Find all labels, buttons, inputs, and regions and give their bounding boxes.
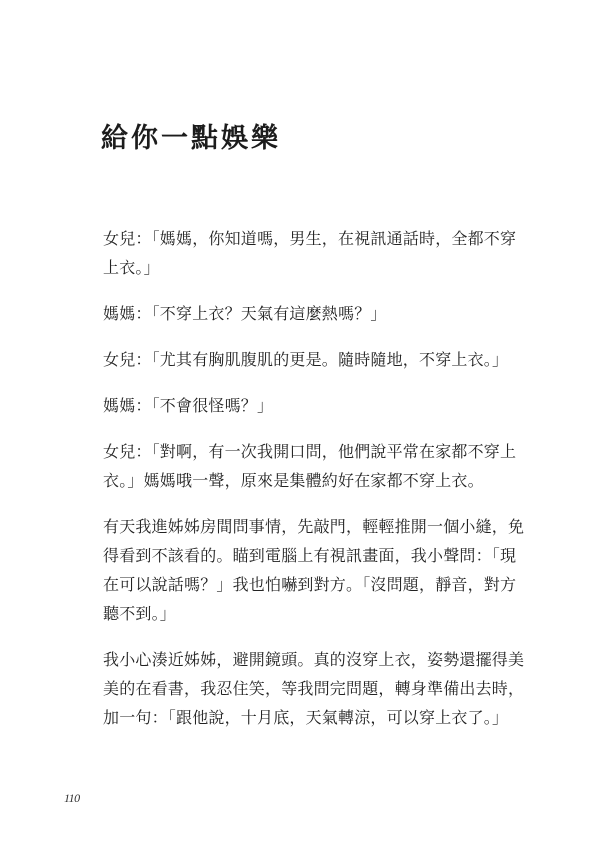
text-line: 女兒：「對啊，有一次我開口問，他們說平常在家都不穿上 <box>103 437 511 466</box>
text-line: 在可以說話嗎？」我也怕嚇到對方。「沒問題，靜音，對方 <box>103 570 511 599</box>
text-line: 得看到不該看的。瞄到電腦上有視訊畫面，我小聲問：「現 <box>103 541 511 570</box>
text-line: 媽媽：「不穿上衣？天氣有這麼熱嗎？」 <box>103 299 511 328</box>
text-line: 上衣。」 <box>103 253 511 282</box>
text-line: 衣。」媽媽哦一聲，原來是集體約好在家都不穿上衣。 <box>103 466 511 495</box>
paragraph-5: 女兒：「對啊，有一次我開口問，他們說平常在家都不穿上 衣。」媽媽哦一聲，原來是集… <box>103 437 511 495</box>
text-line: 聽不到。」 <box>103 599 511 628</box>
paragraph-1: 女兒：「媽媽，你知道嗎，男生，在視訊通話時，全都不穿 上衣。」 <box>103 224 511 282</box>
book-page: 給你一點娛樂 女兒：「媽媽，你知道嗎，男生，在視訊通話時，全都不穿 上衣。」 媽… <box>0 0 600 860</box>
text-line: 有天我進姊姊房間問事情，先敲門，輕輕推開一個小縫，免 <box>103 512 511 541</box>
paragraph-3: 女兒：「尤其有胸肌腹肌的更是。隨時隨地，不穿上衣。」 <box>103 345 511 374</box>
chapter-title: 給你一點娛樂 <box>101 121 281 157</box>
text-line: 女兒：「尤其有胸肌腹肌的更是。隨時隨地，不穿上衣。」 <box>103 345 511 374</box>
text-line: 女兒：「媽媽，你知道嗎，男生，在視訊通話時，全都不穿 <box>103 224 511 253</box>
text-line: 我小心湊近姊姊，避開鏡頭。真的沒穿上衣，姿勢還擺得美 <box>103 645 511 674</box>
text-line: 加一句：「跟他說，十月底，天氣轉涼，可以穿上衣了。」 <box>103 703 511 732</box>
paragraph-6: 有天我進姊姊房間問事情，先敲門，輕輕推開一個小縫，免 得看到不該看的。瞄到電腦上… <box>103 512 511 628</box>
page-number: 110 <box>64 791 80 806</box>
paragraph-4: 媽媽：「不會很怪嗎？」 <box>103 391 511 420</box>
text-line: 媽媽：「不會很怪嗎？」 <box>103 391 511 420</box>
text-line: 美的在看書，我忍住笑，等我問完問題，轉身準備出去時， <box>103 674 511 703</box>
paragraph-2: 媽媽：「不穿上衣？天氣有這麼熱嗎？」 <box>103 299 511 328</box>
paragraph-7: 我小心湊近姊姊，避開鏡頭。真的沒穿上衣，姿勢還擺得美 美的在看書，我忍住笑，等我… <box>103 645 511 732</box>
chapter-body: 女兒：「媽媽，你知道嗎，男生，在視訊通話時，全都不穿 上衣。」 媽媽：「不穿上衣… <box>103 224 511 749</box>
